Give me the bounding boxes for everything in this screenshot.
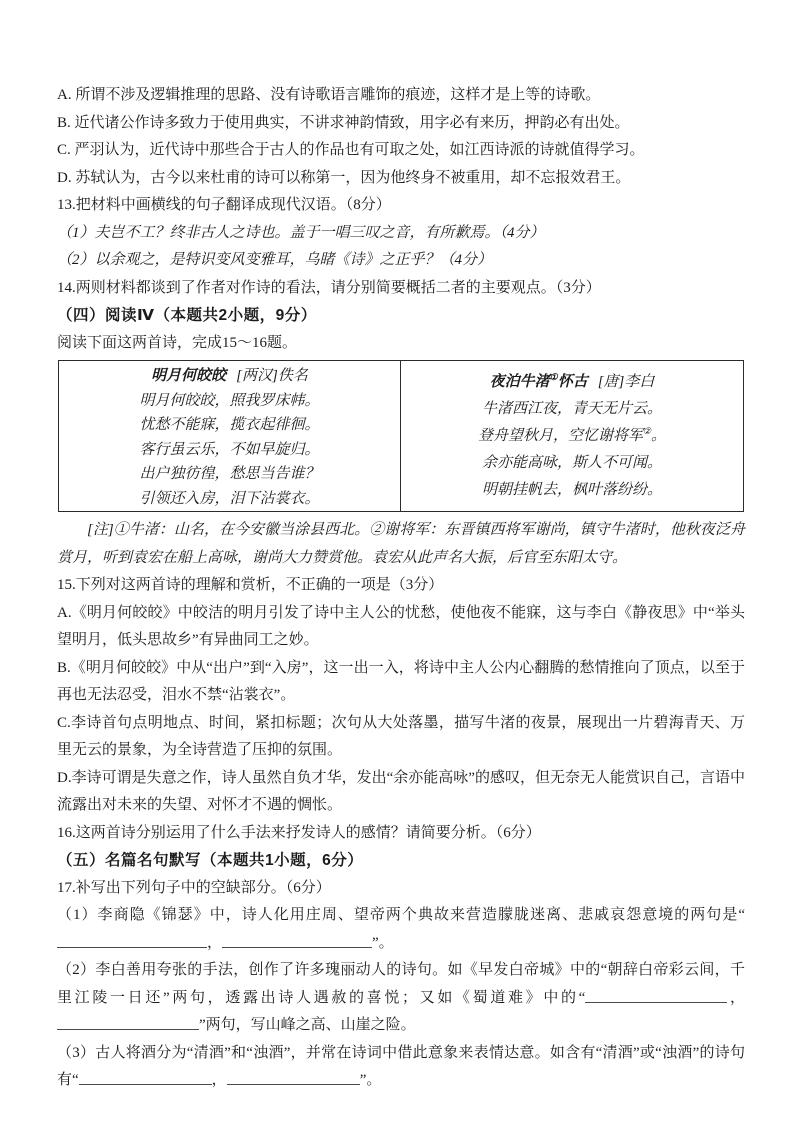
q15-option-a: A.《明月何皎皎》中皎洁的明月引发了诗中主人公的忧愁，使他夜不能寐，这与李白《静… [57,600,745,655]
poem-right-author: [唐]李白 [598,374,655,390]
poem-line: 明月何皎皎，照我罗床帏。 [59,389,400,414]
q13-sub-2: （2）以余观之，是特识变风变雅耳，乌睹《诗》之正乎？（4分） [57,247,745,275]
q16-stem: 16.这两首诗分别运用了什么手法来抒发诗人的感情？请简要分析。（6分） [57,820,745,848]
q17-item-1: （1）李商隐《锦瑟》中，诗人化用庄周、望帝两个典故来营造朦胧迷离、悲戚哀怨意境的… [57,902,745,957]
answer-blank [79,1071,212,1085]
q17-item-3: （3）古人将酒分为“清酒”和“浊酒”，并常在诗词中借此意象来表情达意。如含有“清… [57,1040,745,1095]
answer-blank [222,934,372,948]
exam-page: A. 所谓不涉及逻辑推理的思路、没有诗歌语言雕饰的痕迹，这样才是上等的诗歌。 B… [0,0,800,1131]
q14-stem: 14.两则材料都谈到了作者对作诗的看法，请分别简要概括二者的主要观点。（3分） [57,275,745,303]
poem-line: 引领还入房，泪下沾裳衣。 [59,487,400,512]
section-4-heading: （四）阅读Ⅳ（本题共2小题，9分） [57,302,745,330]
answer-blank [57,934,207,948]
option-12-d: D. 苏轼认为，古今以来杜甫的诗可以称第一，因为他终身不被重用，却不忘报效君王。 [57,165,745,193]
poem-left: 明月何皎皎[两汉]佚名 明月何皎皎，照我罗床帏。 忧愁不能寐，揽衣起徘徊。 客行… [59,361,401,511]
option-12-c: C. 严羽认为，近代诗中那些合于古人的作品也有可取之处，如江西诗派的诗就值得学习… [57,137,745,165]
reading-intro: 阅读下面这两首诗，完成15～16题。 [57,330,745,358]
q13-stem: 13.把材料中画横线的句子翻译成现代汉语。（8分） [57,192,745,220]
note-ref-1: ① [550,372,558,382]
q15-option-b: B.《明月何皎皎》中从“出户”到“入房”，这一出一入，将诗中主人公内心翻腾的愁情… [57,655,745,710]
q17-stem: 17.补写出下列句子中的空缺部分。（6分） [57,875,745,903]
q17-item-2: （2）李白善用夸张的手法，创作了许多瑰丽动人的诗句。如《早发白帝城》中的“朝辞白… [57,957,745,1040]
answer-blank [57,1016,199,1030]
poem-line: 牛渚西江夜，青天无片云。 [401,396,743,423]
poem-line: 出户独彷徨，愁思当告谁？ [59,462,400,487]
option-12-b: B. 近代诸公作诗多致力于使用典实，不讲求神韵情致，用字必有来历，押韵必有出处。 [57,110,745,138]
section-5-heading: （五）名篇名句默写（本题共1小题，6分） [57,847,745,875]
poem-line: 余亦能高咏，斯人不可闻。 [401,450,743,477]
poem-left-title: 明月何皎皎 [151,368,226,384]
poem-line: 登舟望秋月，空忆谢将军②。 [401,423,743,450]
q13-sub-1: （1）夫岂不工？终非古人之诗也。盖于一唱三叹之音，有所歉焉。（4分） [57,220,745,248]
poem-right: 夜泊牛渚①怀古[唐]李白 牛渚西江夜，青天无片云。 登舟望秋月，空忆谢将军②。 … [401,361,743,511]
poem-right-title-line: 夜泊牛渚①怀古[唐]李白 [401,369,743,396]
q15-option-c: C.李诗首句点明地点、时间，紧扣标题；次句从大处落墨，描写牛渚的夜景，展现出一片… [57,710,745,765]
poem-line: 客行虽云乐，不如早旋归。 [59,438,400,463]
answer-blank [227,1071,360,1085]
poem-right-title: 夜泊牛渚①怀古 [490,374,588,390]
poem-line: 忧愁不能寐，揽衣起徘徊。 [59,413,400,438]
poem-line: 明朝挂帆去，枫叶落纷纷。 [401,477,743,504]
q15-stem: 15.下列对这两首诗的理解和赏析，不正确的一项是（3分） [57,572,745,600]
poem-left-title-line: 明月何皎皎[两汉]佚名 [59,364,400,389]
poems-table: 明月何皎皎[两汉]佚名 明月何皎皎，照我罗床帏。 忧愁不能寐，揽衣起徘徊。 客行… [58,360,744,512]
answer-blank [585,989,727,1003]
option-12-a: A. 所谓不涉及逻辑推理的思路、没有诗歌语言雕饰的痕迹，这样才是上等的诗歌。 [57,82,745,110]
q15-option-d: D.李诗可谓是失意之作，诗人虽然自负才华，发出“余亦能高咏”的感叹，但无奈无人能… [57,765,745,820]
poem-left-author: [两汉]佚名 [236,368,308,384]
note-ref-2: ② [643,426,651,436]
poems-note: [注]①牛渚：山名，在今安徽当涂县西北。②谢将军：东晋镇西将军谢尚，镇守牛渚时，… [57,517,745,572]
